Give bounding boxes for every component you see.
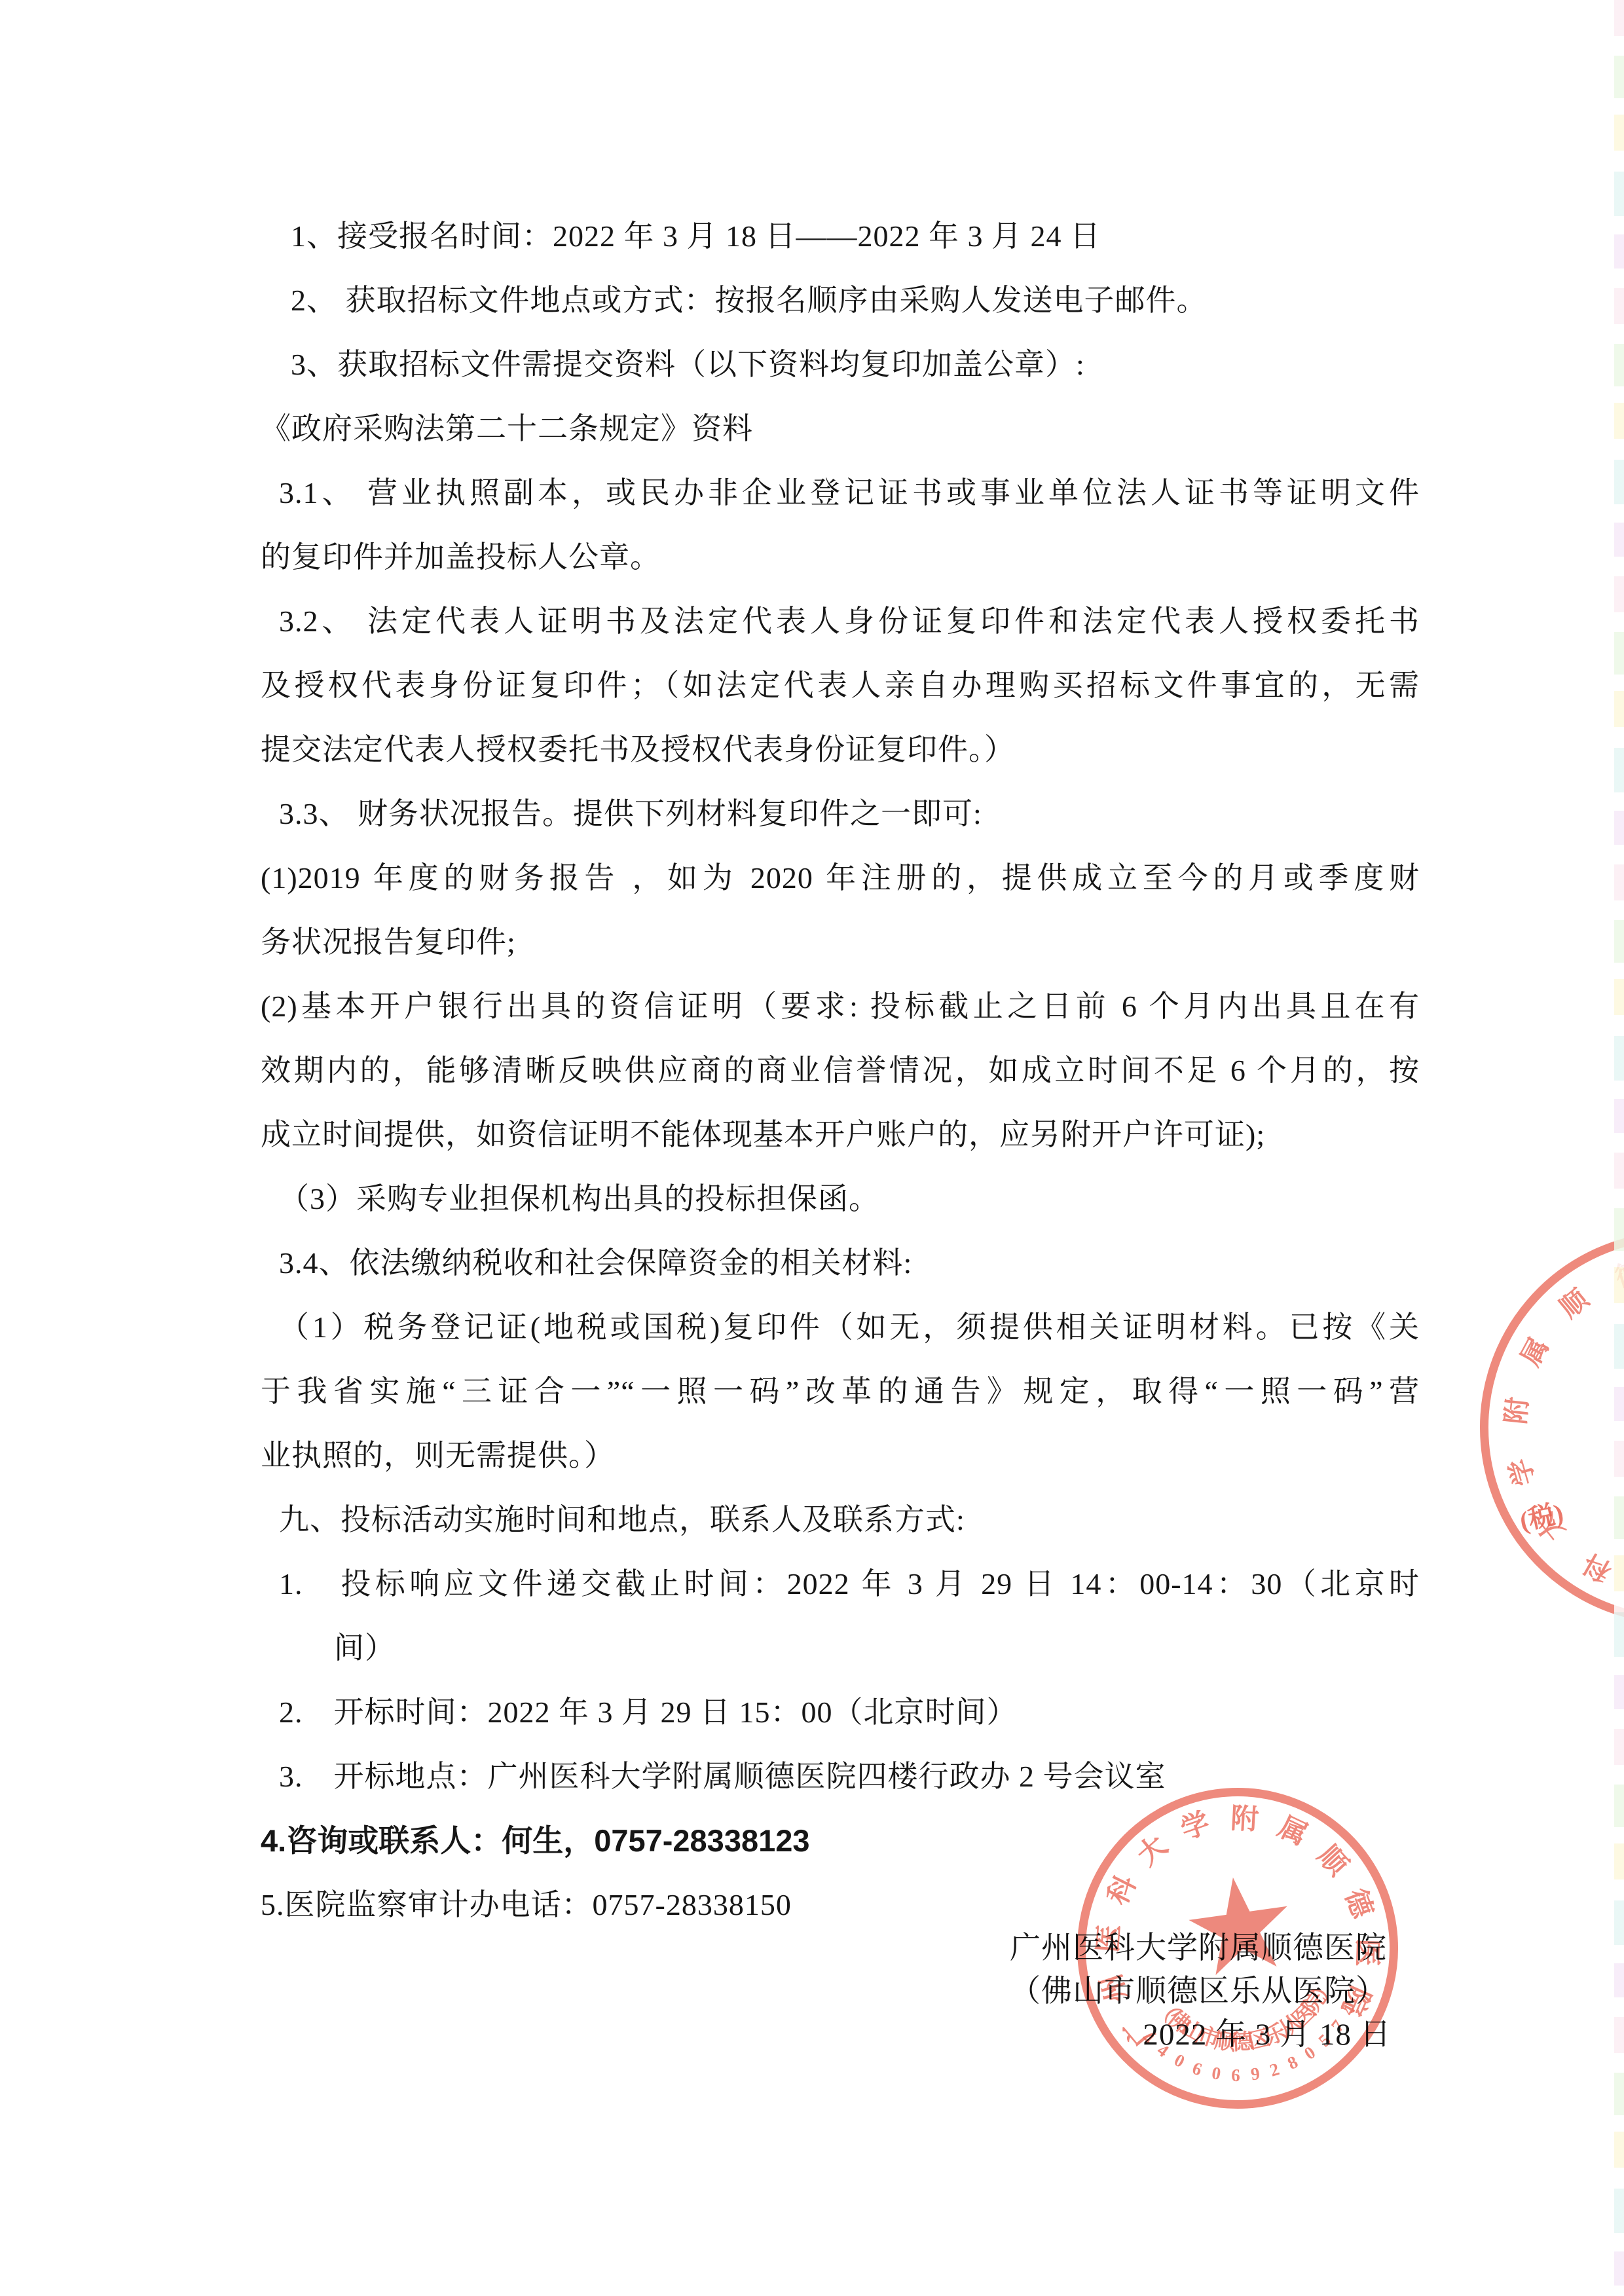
document-line: 1、接受报名时间：2022 年 3 月 18 日——2022 年 3 月 24 … [261, 204, 1420, 268]
document-line: 1. 投标响应文件递交截止时间：2022 年 3 月 29 日 14：00-14… [261, 1552, 1420, 1616]
document-line: 2. 开标时间：2022 年 3 月 29 日 15：00（北京时间） [261, 1680, 1420, 1745]
seal-arc-char: 顺 [1555, 1285, 1593, 1323]
document-line: 及授权代表身份证复印件；（如法定代表人亲自办理购买招标文件事宜的，无需 [261, 654, 1420, 718]
document-line: 3.4、依法缴纳税收和社会保障资金的相关材料: [261, 1231, 1420, 1295]
edge-hospital-seal: 广州医科大学附属顺德医院（佛山市顺德区乐从医院） [1464, 1215, 1624, 1640]
seal-serial-digit: 6 [1190, 2059, 1204, 2079]
document-line: 2、 获取招标文件地点或方式：按报名顺序由采购人发送电子邮件。 [261, 268, 1420, 333]
seal-serial-digit: 2 [1268, 2060, 1282, 2080]
document-line: 的复印件并加盖投标人公章。 [261, 525, 1420, 589]
document-line: （1）税务登记证(地税或国税)复印件（如无，须提供相关证明材料。已按《关 [261, 1295, 1420, 1360]
signature-block: 广州医科大学附属顺德医院 （佛山市顺德区乐从医院） 2022 年 3 月 18 … [950, 1927, 1447, 2056]
document-line: 3.3、 财务状况报告。提供下列材料复印件之一即可: [261, 782, 1420, 846]
document-line: 间） [261, 1616, 1420, 1680]
document-body: 1、接受报名时间：2022 年 3 月 18 日——2022 年 3 月 24 … [261, 204, 1420, 1937]
scanner-noise-strip [1614, 0, 1624, 2296]
document-line: 业执照的，则无需提供。） [261, 1424, 1420, 1488]
seal-ring [1464, 1215, 1624, 1640]
seal-arc-char: 学 [1505, 1456, 1539, 1489]
document-line: 九、投标活动实施时间和地点，联系人及联系方式: [261, 1488, 1420, 1552]
seal-arc-char: 附 [1502, 1396, 1532, 1425]
document-line: （3）采购专业担保机构出具的投标担保函。 [261, 1167, 1420, 1231]
document-line: 于我省实施“三证合一”“一照一码”改革的通告》规定，取得“一照一码”营 [261, 1360, 1420, 1424]
seal-arc-char: 属 [1517, 1333, 1553, 1370]
signature-date: 2022 年 3 月 18 日 [950, 2013, 1447, 2056]
document-line: 提交法定代表人授权委托书及授权代表身份证复印件。） [261, 718, 1420, 782]
document-line: 3.2、 法定代表人证明书及法定代表人身份证复印件和法定代表人授权委托书 [261, 589, 1420, 654]
document-line: 3. 开标地点：广州医科大学附属顺德医院四楼行政办 2 号会议室 [261, 1745, 1420, 1809]
seal-arc-char: 科 [1579, 1549, 1615, 1585]
seal-serial-digit: 0 [1211, 2064, 1223, 2083]
document-line: 3.1、 营业执照副本，或民办非企业登记证书或事业单位法人证书等证明文件 [261, 461, 1420, 525]
document-line: 3、获取招标文件需提交资料（以下资料均复印加盖公章）: [261, 333, 1420, 397]
document-line: 4.咨询或联系人：何生，0757-28338123 [261, 1809, 1420, 1873]
scanned-document-page: 1、接受报名时间：2022 年 3 月 18 日——2022 年 3 月 24 … [0, 0, 1624, 2296]
document-line: (1)2019 年度的财务报告 ，如为 2020 年注册的，提供成立至今的月或季… [261, 846, 1420, 910]
seal-serial-digit: 9 [1249, 2065, 1261, 2084]
signature-org: 广州医科大学附属顺德医院 [950, 1927, 1447, 1970]
document-line: 效期内的，能够清晰反映供应商的商业信誉情况，如成立时间不足 6 个月的，按 [261, 1039, 1420, 1103]
document-line: 务状况报告复印件; [261, 910, 1420, 974]
document-line: (2)基本开户银行出具的资信证明（要求: 投标截止之日前 6 个月内出具且在有 [261, 974, 1420, 1039]
document-line: 成立时间提供，如资信证明不能体现基本开户账户的，应另附开户许可证); [261, 1103, 1420, 1167]
document-line: 《政府采购法第二十二条规定》资料 [261, 397, 1420, 461]
seal-tax-note: (税) [1516, 1492, 1566, 1538]
signature-org-alias: （佛山市顺德区乐从医院） [950, 1970, 1447, 2013]
seal-serial-digit: 6 [1231, 2066, 1240, 2084]
